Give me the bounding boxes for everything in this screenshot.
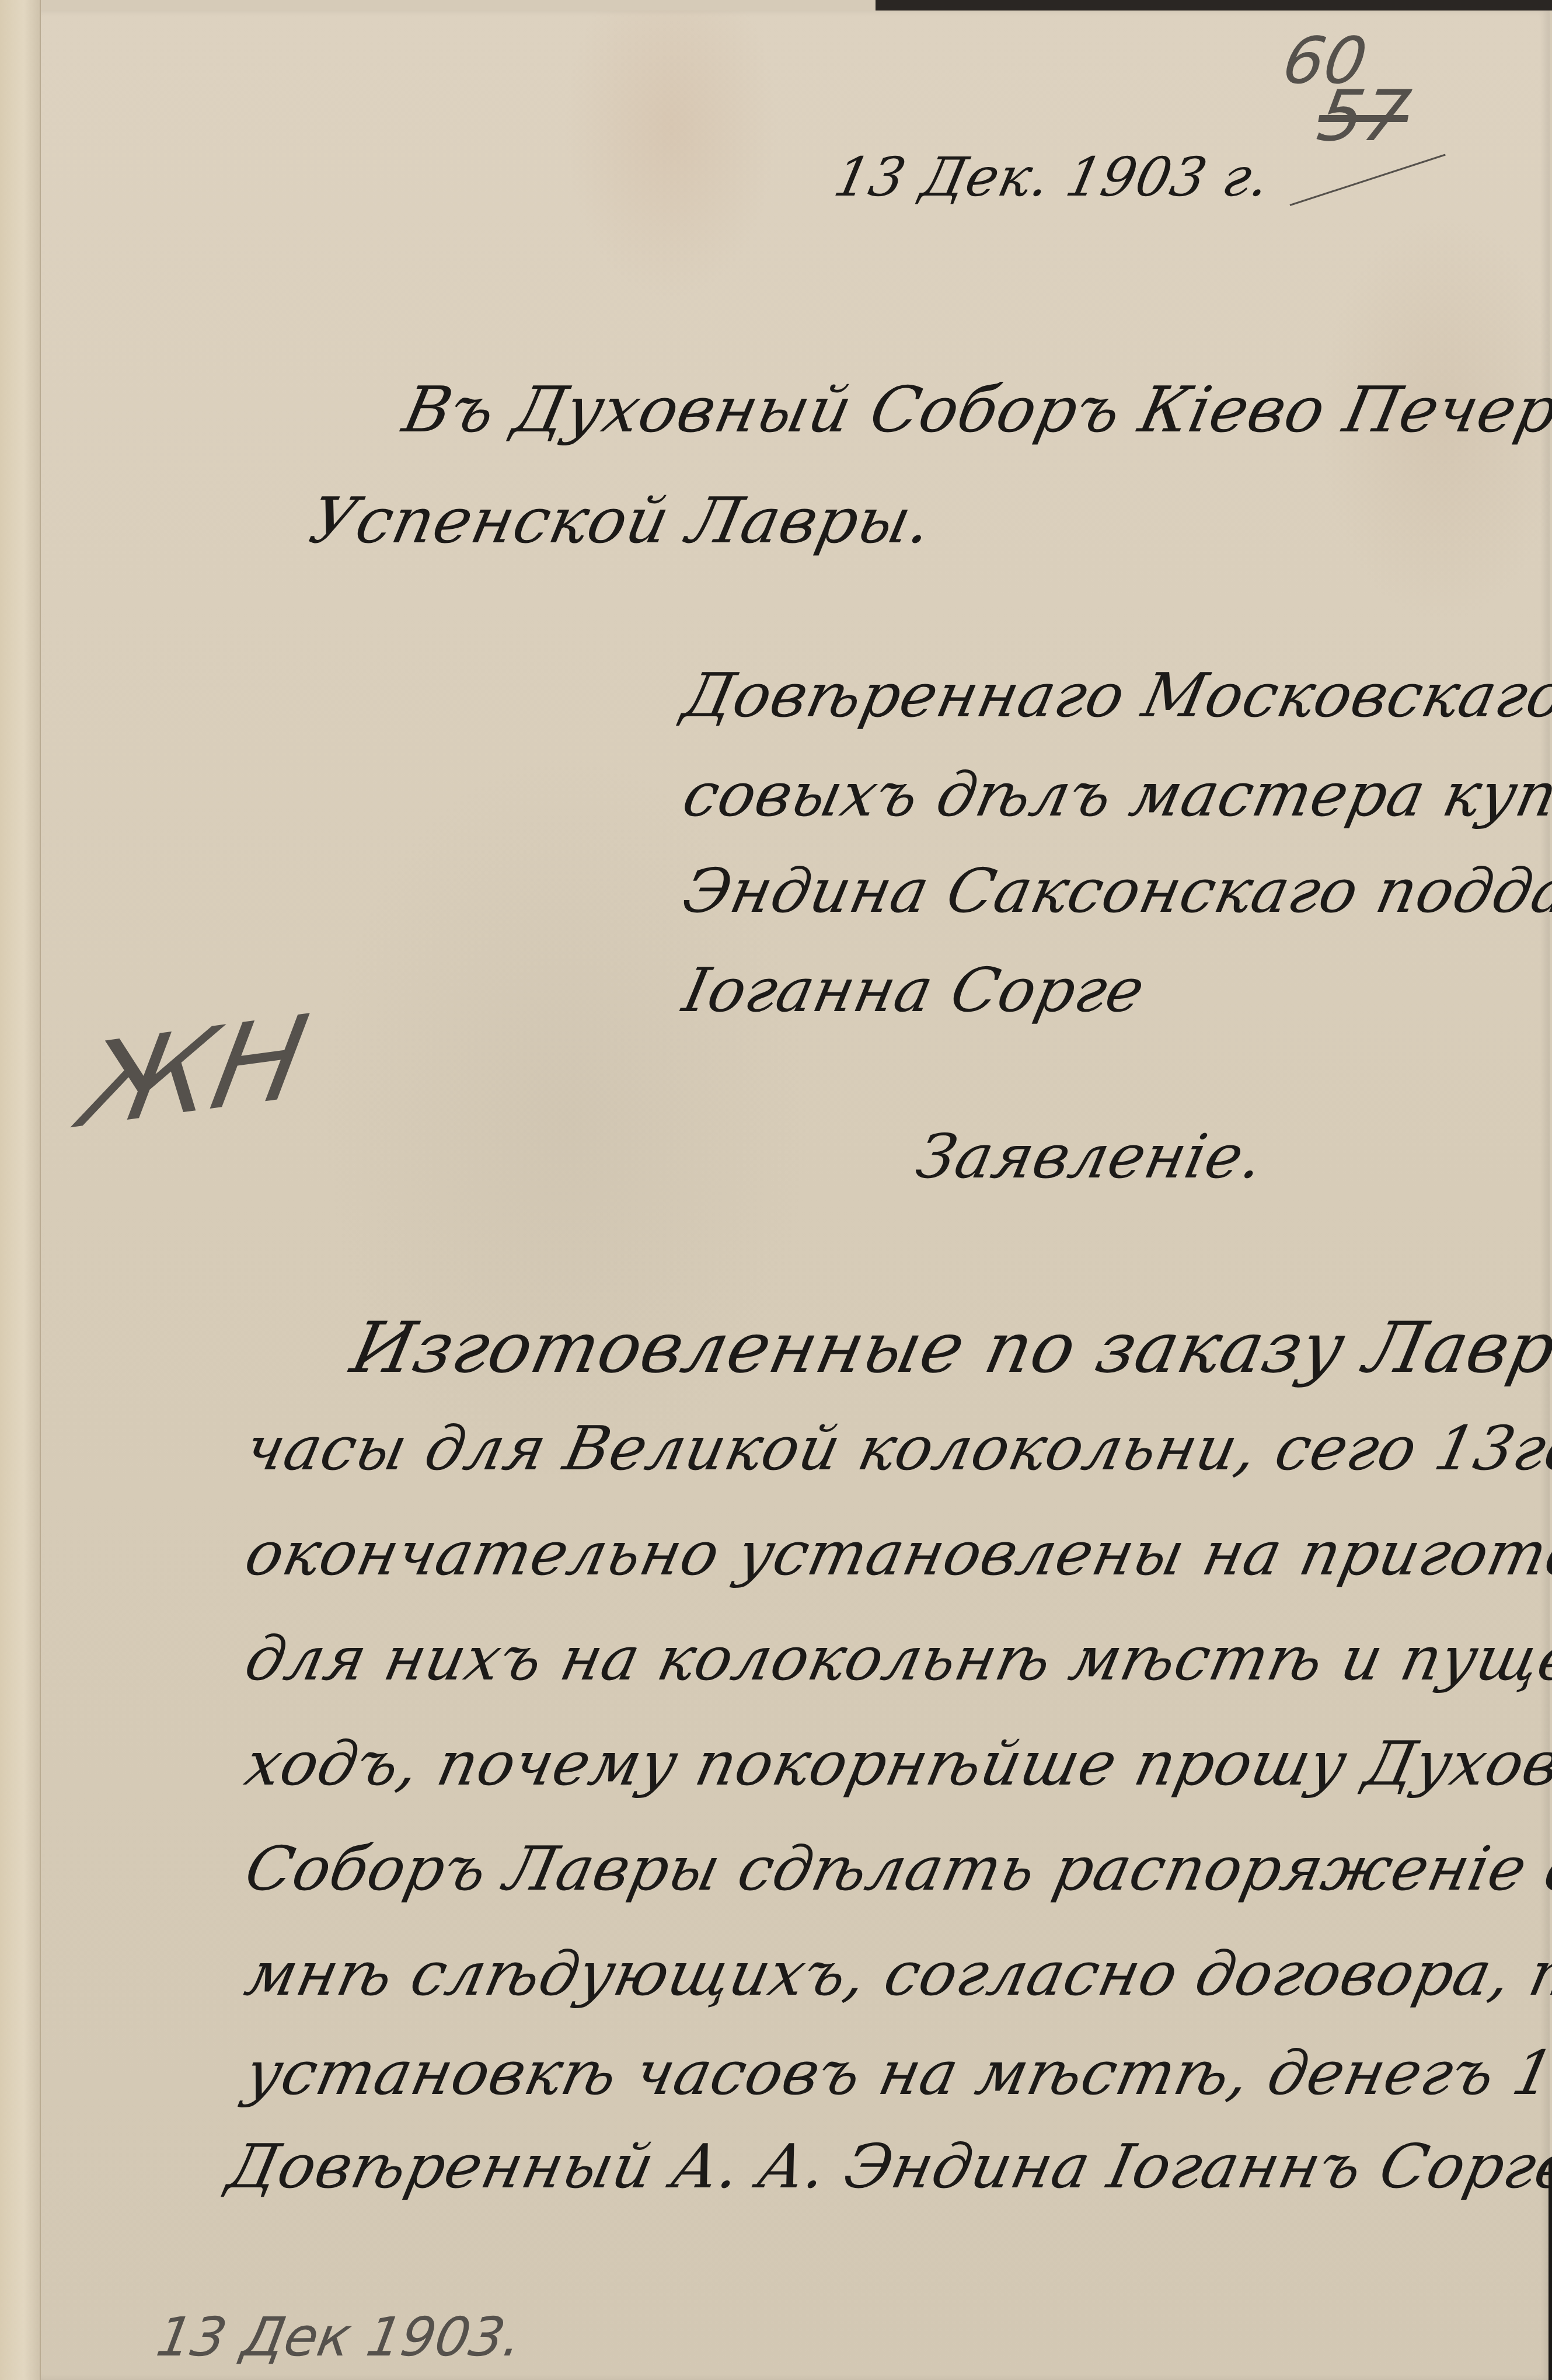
body-line: часы для Великой колокольни, сего 13го Д…	[239, 1413, 1552, 1484]
scan-edge-top	[876, 0, 1552, 11]
document-title: Заявленіе.	[911, 1121, 1270, 1192]
sender-line: Эндина Саксонскаго подданнаго	[677, 855, 1552, 926]
body-line: установкѣ часовъ на мѣстѣ, денегъ 1000 р…	[239, 2037, 1552, 2109]
sender-line: Довѣреннаго Московскаго ча	[677, 660, 1552, 731]
signature: Довѣренный А. А. Эндина Іоганнъ Сорге	[222, 2131, 1552, 2202]
date-header: 13 Дек. 1903 г.	[829, 146, 1276, 208]
binding-strip	[0, 0, 41, 2380]
folio-old-number: 57	[1312, 76, 1415, 157]
address-line: Въ Духовный Соборъ Кіево Печерской	[397, 374, 1552, 447]
document-page	[41, 11, 1550, 2380]
body-line: Изготовленные по заказу Лавры башенные	[344, 1308, 1552, 1389]
address-line: Успенской Лавры.	[304, 485, 939, 557]
sender-line: Іоганна Сорге	[677, 954, 1151, 1026]
date-footer: 13 Дек 1903.	[152, 2306, 527, 2368]
body-line: мнѣ слѣдующихъ, согласно договора, по	[239, 1938, 1552, 2009]
sender-line: совыхъ дѣлъ мастера купца	[677, 759, 1552, 830]
body-line: окончательно установлены на приготовленн…	[239, 1518, 1552, 1589]
body-line: Соборъ Лавры сдѣлать распоряженіе о выда…	[239, 1833, 1552, 1904]
body-line: ходъ, почему покорнѣйше прошу Духовный	[239, 1728, 1552, 1799]
body-line: для нихъ на колокольнѣ мѣстѣ и пущены въ	[239, 1623, 1552, 1694]
